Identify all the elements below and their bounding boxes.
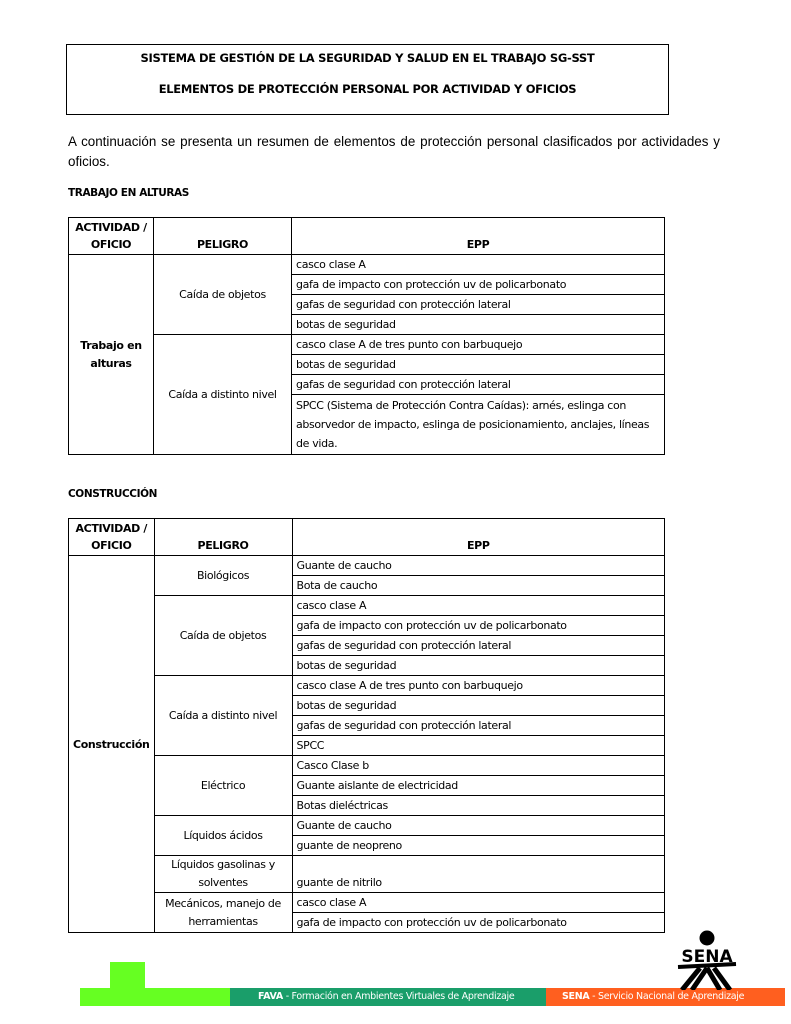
column-header-actividad: ACTIVIDAD / OFICIO: [69, 519, 155, 556]
epp-item: SPCC: [292, 736, 664, 756]
activity-cell: Trabajo en alturas: [69, 255, 154, 455]
sena-description: - Servicio Nacional de Aprendizaje: [589, 991, 744, 1002]
hazard-cell: Biológicos: [154, 556, 292, 596]
footer-accent-block: [110, 962, 145, 990]
epp-item: gafas de seguridad con protección latera…: [292, 716, 664, 736]
epp-item: Guante aislante de electricidad: [292, 776, 664, 796]
hazard-cell: Eléctrico: [154, 756, 292, 816]
hazard-cell: Caída a distinto nivel: [154, 335, 292, 455]
footer-sena-bar: SENA - Servicio Nacional de Aprendizaje: [546, 988, 785, 1006]
document-header-box: SISTEMA DE GESTIÓN DE LA SEGURIDAD Y SAL…: [66, 44, 669, 115]
epp-item: gafa de impacto con protección uv de pol…: [292, 913, 664, 933]
epp-item: botas de seguridad: [292, 355, 665, 375]
epp-item: gafa de impacto con protección uv de pol…: [292, 616, 664, 636]
column-header-epp: EPP: [292, 519, 664, 556]
fava-label: FAVA: [258, 991, 283, 1002]
epp-item: casco clase A de tres punto con barbuque…: [292, 335, 665, 355]
column-header-actividad: ACTIVIDAD / OFICIO: [69, 218, 154, 255]
sena-label: SENA: [562, 991, 589, 1002]
document-title: SISTEMA DE GESTIÓN DE LA SEGURIDAD Y SAL…: [67, 51, 668, 65]
epp-item: gafas de seguridad con protección latera…: [292, 375, 665, 395]
epp-item: casco clase A de tres punto con barbuque…: [292, 676, 664, 696]
footer-band: FAVA - Formación en Ambientes Virtuales …: [80, 988, 785, 1006]
hazard-cell: Caída de objetos: [154, 255, 292, 335]
footer-fava-bar: FAVA - Formación en Ambientes Virtuales …: [230, 988, 546, 1006]
column-header-epp: EPP: [292, 218, 665, 255]
epp-item: SPCC (Sistema de Protección Contra Caída…: [292, 395, 665, 455]
epp-item: casco clase A: [292, 255, 665, 275]
epp-item: casco clase A: [292, 893, 664, 913]
epp-item: Casco Clase b: [292, 756, 664, 776]
epp-item: botas de seguridad: [292, 696, 664, 716]
column-header-peligro: PELIGRO: [154, 519, 292, 556]
document-subtitle: ELEMENTOS DE PROTECCIÓN PERSONAL POR ACT…: [67, 82, 668, 96]
epp-item: botas de seguridad: [292, 315, 665, 335]
epp-item: guante de nitrilo: [292, 856, 664, 893]
epp-item: Guante de caucho: [292, 556, 664, 576]
fava-description: - Formación en Ambientes Virtuales de Ap…: [283, 991, 514, 1002]
sena-logo-icon: SENA: [662, 930, 752, 990]
section-title-alturas: TRABAJO EN ALTURAS: [68, 187, 189, 199]
epp-item: casco clase A: [292, 596, 664, 616]
activity-cell: Construcción: [69, 556, 155, 933]
section-title-construccion: CONSTRUCCIÓN: [68, 488, 157, 500]
epp-item: guante de neopreno: [292, 836, 664, 856]
epp-item: botas de seguridad: [292, 656, 664, 676]
epp-table-alturas: ACTIVIDAD / OFICIO PELIGRO EPP Trabajo e…: [68, 217, 665, 455]
epp-item: gafa de impacto con protección uv de pol…: [292, 275, 665, 295]
epp-item: Bota de caucho: [292, 576, 664, 596]
epp-item: Botas dieléctricas: [292, 796, 664, 816]
column-header-peligro: PELIGRO: [154, 218, 292, 255]
hazard-cell: Caída de objetos: [154, 596, 292, 676]
epp-item: gafas de seguridad con protección latera…: [292, 636, 664, 656]
epp-table-construccion: ACTIVIDAD / OFICIO PELIGRO EPP Construcc…: [68, 518, 665, 933]
footer-green-bar: [80, 988, 230, 1006]
intro-paragraph: A continuación se presenta un resumen de…: [68, 132, 720, 172]
hazard-cell: Líquidos ácidos: [154, 816, 292, 856]
epp-item: gafas de seguridad con protección latera…: [292, 295, 665, 315]
epp-item: Guante de caucho: [292, 816, 664, 836]
hazard-cell: Líquidos gasolinas y solventes: [154, 856, 292, 893]
hazard-cell: Mecánicos, manejo de herramientas: [154, 893, 292, 933]
hazard-cell: Caída a distinto nivel: [154, 676, 292, 756]
